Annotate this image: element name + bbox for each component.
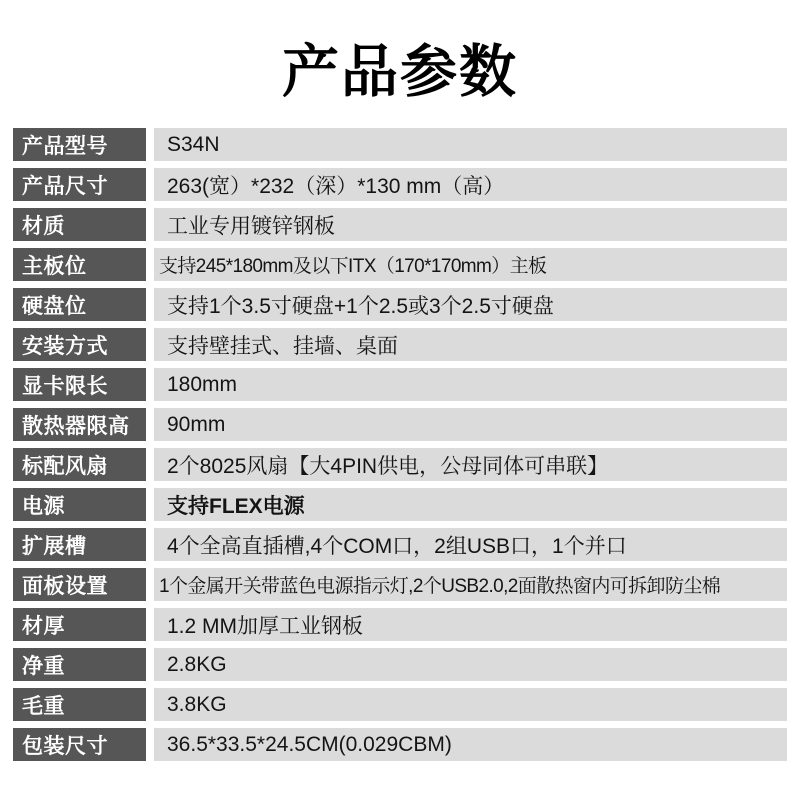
spec-value: 工业专用镀锌钢板 — [154, 208, 787, 241]
spec-label: 产品型号 — [13, 128, 146, 161]
table-row: 散热器限高 90mm — [13, 408, 787, 441]
spec-label: 面板设置 — [13, 568, 146, 601]
spec-label: 材厚 — [13, 608, 146, 641]
spec-label: 标配风扇 — [13, 448, 146, 481]
table-row: 净重 2.8KG — [13, 648, 787, 681]
spec-value: 支持1个3.5寸硬盘+1个2.5或3个2.5寸硬盘 — [154, 288, 787, 321]
table-row: 产品型号 S34N — [13, 128, 787, 161]
table-row: 扩展槽 4个全高直插槽,4个COM口，2组USB口，1个并口 — [13, 528, 787, 561]
spec-label: 硬盘位 — [13, 288, 146, 321]
spec-value: 支持FLEX电源 — [154, 488, 787, 521]
spec-label: 净重 — [13, 648, 146, 681]
spec-label: 安装方式 — [13, 328, 146, 361]
spec-label: 包装尺寸 — [13, 728, 146, 761]
page-title: 产品参数 — [0, 26, 800, 108]
spec-label: 电源 — [13, 488, 146, 521]
table-row: 毛重 3.8KG — [13, 688, 787, 721]
table-row: 主板位 支持245*180mm及以下ITX（170*170mm）主板 — [13, 248, 787, 281]
spec-value: 2.8KG — [154, 648, 787, 681]
spec-value: 36.5*33.5*24.5CM(0.029CBM) — [154, 728, 787, 761]
table-row: 安装方式 支持壁挂式、挂墙、桌面 — [13, 328, 787, 361]
spec-label: 扩展槽 — [13, 528, 146, 561]
spec-value: 4个全高直插槽,4个COM口，2组USB口，1个并口 — [154, 528, 787, 561]
table-row: 标配风扇 2个8025风扇【大4PIN供电，公母同体可串联】 — [13, 448, 787, 481]
table-row: 材质 工业专用镀锌钢板 — [13, 208, 787, 241]
spec-value: 支持壁挂式、挂墙、桌面 — [154, 328, 787, 361]
spec-value: 180mm — [154, 368, 787, 401]
table-row: 包装尺寸 36.5*33.5*24.5CM(0.029CBM) — [13, 728, 787, 761]
spec-table: 产品型号 S34N 产品尺寸 263(宽）*232（深）*130 mm（高） 材… — [13, 128, 787, 761]
table-row: 电源 支持FLEX电源 — [13, 488, 787, 521]
spec-label: 材质 — [13, 208, 146, 241]
spec-value: 2个8025风扇【大4PIN供电，公母同体可串联】 — [154, 448, 787, 481]
table-row: 产品尺寸 263(宽）*232（深）*130 mm（高） — [13, 168, 787, 201]
spec-value: S34N — [154, 128, 787, 161]
spec-label: 显卡限长 — [13, 368, 146, 401]
spec-value: 90mm — [154, 408, 787, 441]
table-row: 显卡限长 180mm — [13, 368, 787, 401]
table-row: 硬盘位 支持1个3.5寸硬盘+1个2.5或3个2.5寸硬盘 — [13, 288, 787, 321]
spec-label: 散热器限高 — [13, 408, 146, 441]
spec-label: 毛重 — [13, 688, 146, 721]
product-parameters-page: 产品参数 产品型号 S34N 产品尺寸 263(宽）*232（深）*130 mm… — [0, 0, 800, 800]
table-row: 材厚 1.2 MM加厚工业钢板 — [13, 608, 787, 641]
spec-value: 1个金属开关带蓝色电源指示灯,2个USB2.0,2面散热窗内可拆卸防尘棉 — [154, 568, 787, 601]
table-row: 面板设置 1个金属开关带蓝色电源指示灯,2个USB2.0,2面散热窗内可拆卸防尘… — [13, 568, 787, 601]
spec-value: 3.8KG — [154, 688, 787, 721]
spec-label: 产品尺寸 — [13, 168, 146, 201]
spec-value: 263(宽）*232（深）*130 mm（高） — [154, 168, 787, 201]
spec-label: 主板位 — [13, 248, 146, 281]
spec-value: 支持245*180mm及以下ITX（170*170mm）主板 — [154, 248, 787, 281]
spec-value: 1.2 MM加厚工业钢板 — [154, 608, 787, 641]
